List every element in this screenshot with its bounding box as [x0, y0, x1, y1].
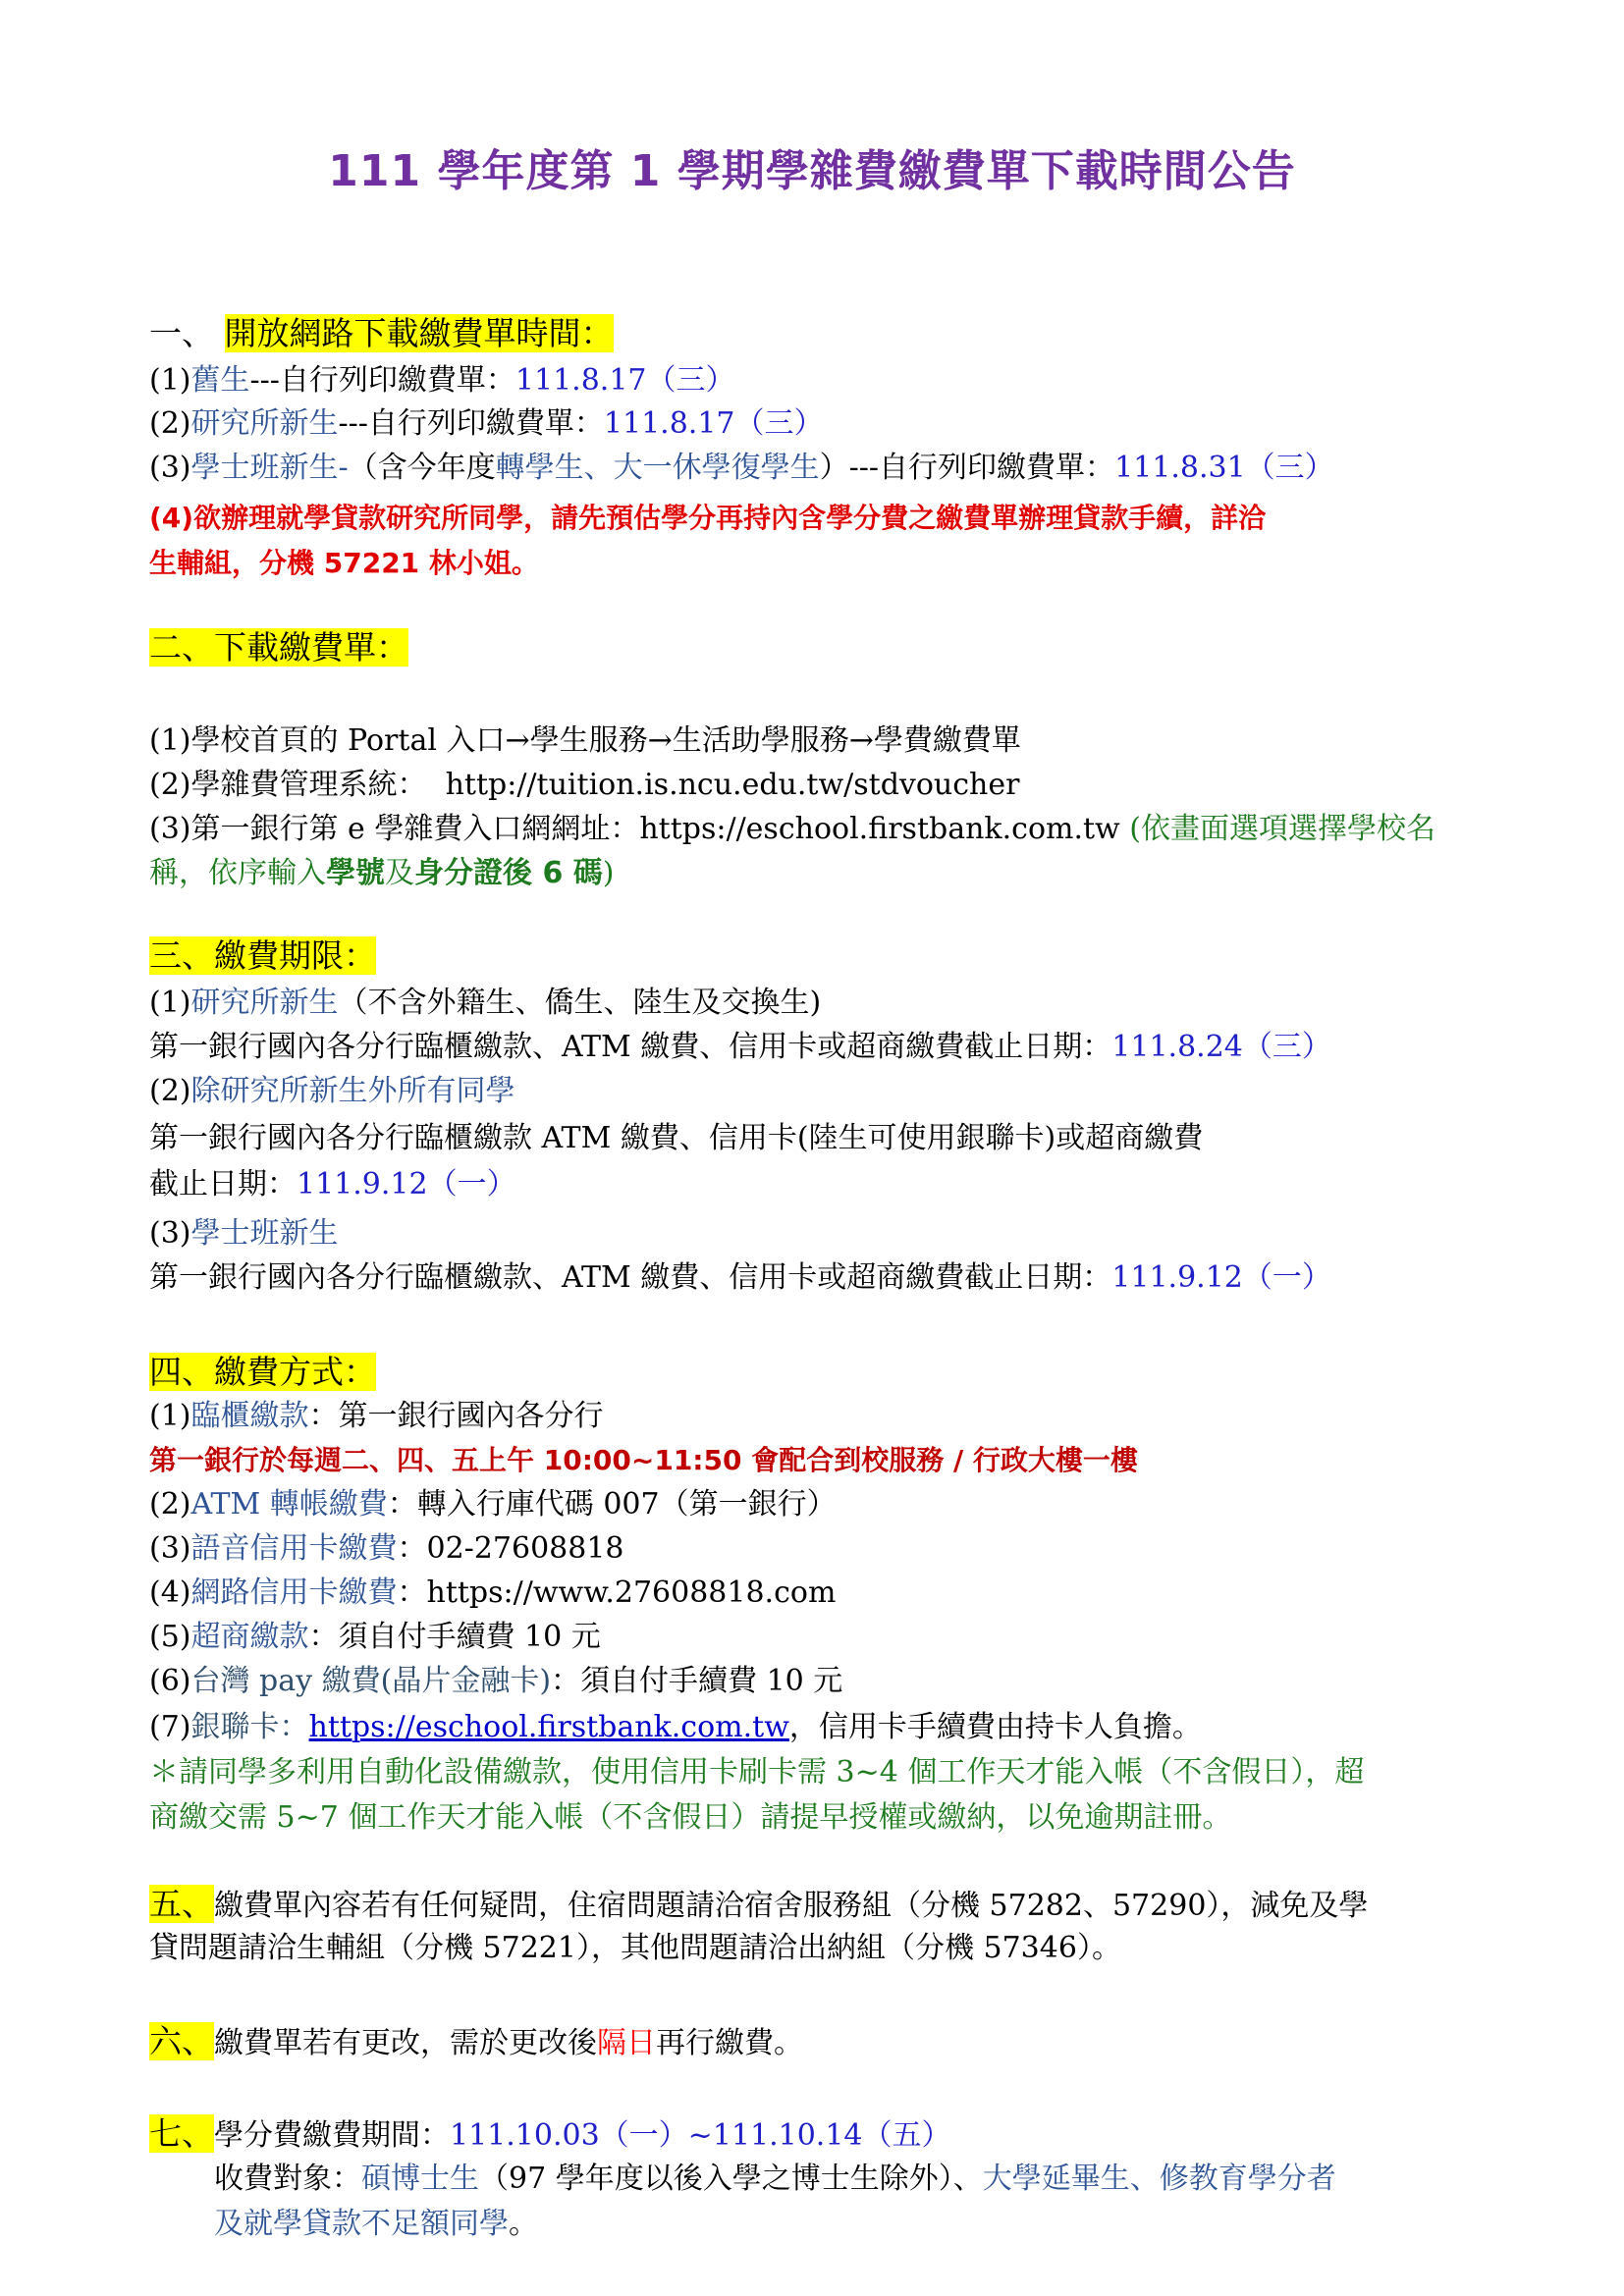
separator: 、: [584, 451, 614, 485]
target-note: （97 學年度以後入學之博士生除外）、: [479, 2162, 983, 2196]
item-prefix: (1): [149, 986, 191, 1020]
item-text: ---自行列印繳費單：: [339, 406, 604, 441]
target-label: 收費對象：: [214, 2162, 361, 2196]
method-text: ，信用卡手續費由持卡人負擔。: [789, 1710, 1202, 1744]
target-group: 研究所新生: [191, 406, 339, 441]
firstbank-url[interactable]: https://eschool.firstbank.com.tw: [639, 812, 1119, 846]
s4-method-1: (1)臨櫃繳款：第一銀行國內各分行: [149, 1395, 604, 1438]
note-text: 稱，依序輸入: [149, 856, 326, 890]
item-text: ---自行列印繳費單：: [250, 363, 515, 398]
s2-item-1: (1)學校首頁的 Portal 入口→學生服務→生活助學服務→學費繳費單: [149, 720, 1021, 763]
s4-method-4: (4)網路信用卡繳費：https://www.27608818.com: [149, 1572, 836, 1615]
punctuation: 。: [509, 2207, 538, 2241]
section-3-heading: 三、繳費期限：: [149, 934, 376, 978]
s4-reminder-line-1: ＊請同學多利用自動化設備繳款，使用信用卡刷卡需 3~4 個工作天才能入帳（不含假…: [149, 1751, 1364, 1794]
section-1-heading: 一、 開放網路下載繳費單時間：: [149, 312, 614, 355]
s4-reminder-line-2: 商繳交需 5~7 個工作天才能入帳（不含假日）請提早授權或繳納，以免逾期註冊。: [149, 1796, 1231, 1840]
s3-group-1: (1)研究所新生（不含外籍生、僑生、陸生及交換生): [149, 982, 821, 1025]
method-text: ：第一銀行國內各分行: [309, 1399, 604, 1433]
method-text: ：https://www.27608818.com: [398, 1575, 837, 1610]
item-prefix: (3): [149, 451, 191, 485]
separator: 、: [1130, 2162, 1160, 2196]
target-group: 研究所新生: [191, 986, 339, 1020]
deadline-text: 第一銀行國內各分行臨櫃繳款、ATM 繳費、信用卡或超商繳費截止日期：: [149, 1030, 1111, 1064]
section-5-line-2: 貸問題請洽生輔組（分機 57221），其他問題請洽出納組（分機 57346）。: [149, 1927, 1121, 1970]
s1-loan-note-line-2: 生輔組，分機 57221 林小姐。: [149, 542, 539, 585]
date: 111.8.24（三）: [1111, 1030, 1331, 1064]
item-prefix: (3): [149, 1216, 191, 1251]
target-group: 大一休學復學生: [614, 451, 820, 485]
section-number: 七、: [149, 2114, 214, 2153]
target-group: 舊生: [191, 363, 250, 398]
s1-item-1: (1)舊生---自行列印繳費單：111.8.17（三）: [149, 359, 735, 402]
item-label: (2)學雜費管理系統：: [149, 768, 427, 802]
s2-item-2: (2)學雜費管理系統： http://tuition.is.ncu.edu.tw…: [149, 764, 1019, 807]
date: 111.8.17（三）: [515, 363, 735, 398]
s1-item-2: (2)研究所新生---自行列印繳費單：111.8.17（三）: [149, 402, 824, 446]
s3-group-2: (2)除研究所新生外所有同學: [149, 1070, 515, 1113]
section-number: 五、: [149, 1885, 214, 1923]
section-7-target-line-2: 及就學貸款不足額同學。: [214, 2203, 538, 2246]
section-title: 二、下載繳費單：: [149, 628, 408, 667]
target-group: 轉學生: [496, 451, 584, 485]
item-prefix: (3): [149, 1531, 191, 1566]
section-4-heading: 四、繳費方式：: [149, 1351, 376, 1394]
item-prefix: (7): [149, 1710, 191, 1744]
date: 111.9.12（一）: [297, 1167, 516, 1201]
method-label: 超商繳款: [191, 1620, 309, 1654]
method-label: 網路信用卡繳費: [191, 1575, 398, 1610]
s3-group-3: (3)學士班新生: [149, 1212, 339, 1255]
s1-item-3: (3)學士班新生-（含今年度轉學生、大一休學復學生）---自行列印繳費單：111…: [149, 447, 1334, 490]
item-prefix: (4): [149, 1575, 191, 1610]
method-label: 語音信用卡繳費: [191, 1531, 398, 1566]
section-number: 一、: [149, 314, 214, 352]
method-text: ：須自付手續費 10 元: [551, 1664, 842, 1698]
target-group: 大學延畢生: [983, 2162, 1130, 2196]
date: 111.8.31（三）: [1114, 451, 1334, 485]
target-group: 學士班新生: [191, 1216, 339, 1251]
item-prefix: (2): [149, 1487, 191, 1522]
section-title: 四、繳費方式：: [149, 1353, 376, 1391]
item-text: （含今年度: [349, 451, 496, 485]
s4-method-2: (2)ATM 轉帳繳費：轉入行庫代碼 007（第一銀行）: [149, 1483, 837, 1526]
section-title: 開放網路下載繳費單時間：: [225, 314, 614, 352]
deadline-text: 第一銀行國內各分行臨櫃繳款、ATM 繳費、信用卡或超商繳費截止日期：: [149, 1260, 1111, 1295]
method-text: ：須自付手續費 10 元: [309, 1620, 601, 1654]
item-prefix: (2): [149, 406, 191, 441]
method-text: ：轉入行庫代碼 007（第一銀行）: [388, 1487, 837, 1522]
item-prefix: (2): [149, 1074, 191, 1108]
date: 111.8.17（三）: [604, 406, 824, 441]
section-7-target: 收費對象：碩博士生（97 學年度以後入學之博士生除外）、大學延畢生、修教育學分者: [214, 2158, 1336, 2201]
s1-loan-note-line-1: (4)欲辦理就學貸款研究所同學，請先預估學分再持內含學分費之繳費單辦理貸款手續，…: [149, 497, 1266, 540]
method-label: 臨櫃繳款: [191, 1399, 309, 1433]
section-7: 七、學分費繳費期間：111.10.03（一）~111.10.14（五）: [149, 2112, 951, 2158]
section-title: 三、繳費期限：: [149, 936, 376, 975]
s2-item-3: (3)第一銀行第 e 學雜費入口網網址：https://eschool.firs…: [149, 808, 1435, 851]
id-emphasis: 身分證後 6 碼: [414, 856, 603, 890]
s3-group-3-deadline: 第一銀行國內各分行臨櫃繳款、ATM 繳費、信用卡或超商繳費截止日期：111.9.…: [149, 1256, 1331, 1300]
item-prefix: (1): [149, 363, 191, 398]
target-group: 及就學貸款不足額同學: [214, 2207, 509, 2241]
note-text: 及: [385, 856, 414, 890]
section-text: 再行繳費。: [656, 2026, 803, 2060]
method-label: ATM 轉帳繳費: [191, 1487, 388, 1522]
section-6: 六、繳費單若有更改，需於更改後隔日再行繳費。: [149, 2020, 803, 2065]
method-text: ：02-27608818: [398, 1531, 624, 1566]
s4-method-3: (3)語音信用卡繳費：02-27608818: [149, 1527, 624, 1571]
date: 111.9.12（一）: [1111, 1260, 1331, 1295]
item-prefix: (1): [149, 1399, 191, 1433]
section-number: 六、: [149, 2022, 214, 2060]
s4-bank-service-note: 第一銀行於每週二、四、五上午 10:00~11:50 會配合到校服務 / 行政大…: [149, 1439, 1138, 1482]
item-label: (3)第一銀行第 e 學雜費入口網網址：: [149, 812, 639, 846]
s3-group-1-deadline: 第一銀行國內各分行臨櫃繳款、ATM 繳費、信用卡或超商繳費截止日期：111.8.…: [149, 1026, 1331, 1069]
section-label: 學分費繳費期間：: [214, 2118, 450, 2153]
target-group: 除研究所新生外所有同學: [191, 1074, 515, 1108]
tuition-system-url[interactable]: http://tuition.is.ncu.edu.tw/stdvoucher: [446, 768, 1020, 802]
item-prefix: (6): [149, 1664, 191, 1698]
page-title: 111 學年度第 1 學期學雜費繳費單下載時間公告: [0, 135, 1624, 198]
item-text: （不含外籍生、僑生、陸生及交換生): [339, 986, 822, 1020]
item-prefix: (5): [149, 1620, 191, 1654]
credit-fee-period: 111.10.03（一）~111.10.14（五）: [450, 2118, 951, 2153]
s3-group-2-deadline: 第一銀行國內各分行臨櫃繳款 ATM 繳費、信用卡(陸生可使用銀聯卡)或超商繳費: [149, 1117, 1203, 1160]
target-group: 學士班新生-: [191, 451, 349, 485]
s4-method-7: (7)銀聯卡：https://eschool.firstbank.com.tw，…: [149, 1706, 1202, 1749]
target-group: 碩博士生: [361, 2162, 479, 2196]
note-text: ): [603, 856, 615, 890]
section-text: 繳費單若有更改，需於更改後: [214, 2026, 597, 2060]
method-label: 台灣 pay 繳費(晶片金融卡): [191, 1664, 552, 1698]
instruction-note: (依畫面選項選擇學校名: [1120, 812, 1435, 846]
method-label: 銀聯卡：: [191, 1710, 309, 1744]
s3-group-2-deadline-date: 截止日期：111.9.12（一）: [149, 1163, 516, 1206]
student-id-emphasis: 學號: [326, 856, 385, 890]
next-day-emphasis: 隔日: [597, 2026, 656, 2060]
item-text: ）---自行列印繳費單：: [820, 451, 1114, 485]
section-text: 繳費單內容若有任何疑問，住宿問題請洽宿舍服務組（分機 57282、57290），…: [214, 1889, 1368, 1923]
deadline-label: 截止日期：: [149, 1167, 297, 1201]
s4-method-6: (6)台灣 pay 繳費(晶片金融卡)：須自付手續費 10 元: [149, 1660, 842, 1703]
section-2-heading: 二、下載繳費單：: [149, 626, 408, 669]
section-5: 五、繳費單內容若有任何疑問，住宿問題請洽宿舍服務組（分機 57282、57290…: [149, 1883, 1368, 1928]
s2-item-3-note: 稱，依序輸入學號及身分證後 6 碼): [149, 852, 614, 895]
target-group: 修教育學分者: [1160, 2162, 1336, 2196]
s4-method-5: (5)超商繳款：須自付手續費 10 元: [149, 1616, 601, 1659]
unionpay-link[interactable]: https://eschool.firstbank.com.tw: [309, 1710, 789, 1744]
